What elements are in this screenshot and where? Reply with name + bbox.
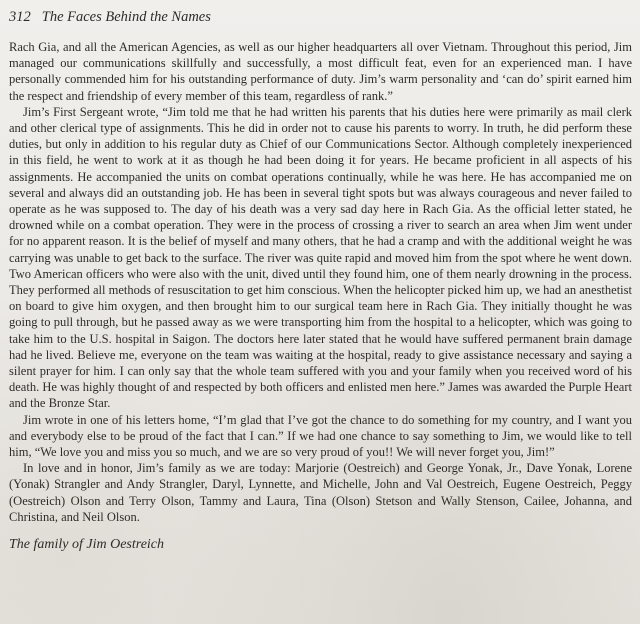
paragraph: Jim wrote in one of his letters home, “I… [9, 412, 632, 461]
running-title: The Faces Behind the Names [42, 9, 211, 25]
paragraph: In love and in honor, Jim’s family as we… [9, 460, 632, 525]
page-number: 312 [9, 9, 31, 25]
running-header: 312The Faces Behind the Names [9, 8, 632, 26]
photo-caption: The family of Jim Oestreich [9, 536, 632, 553]
paragraph: Rach Gia, and all the American Agencies,… [9, 39, 632, 104]
book-page: 312The Faces Behind the Names Rach Gia, … [0, 0, 640, 624]
page-text: Rach Gia, and all the American Agencies,… [9, 39, 632, 525]
paragraph: Jim’s First Sergeant wrote, “Jim told me… [9, 104, 632, 412]
